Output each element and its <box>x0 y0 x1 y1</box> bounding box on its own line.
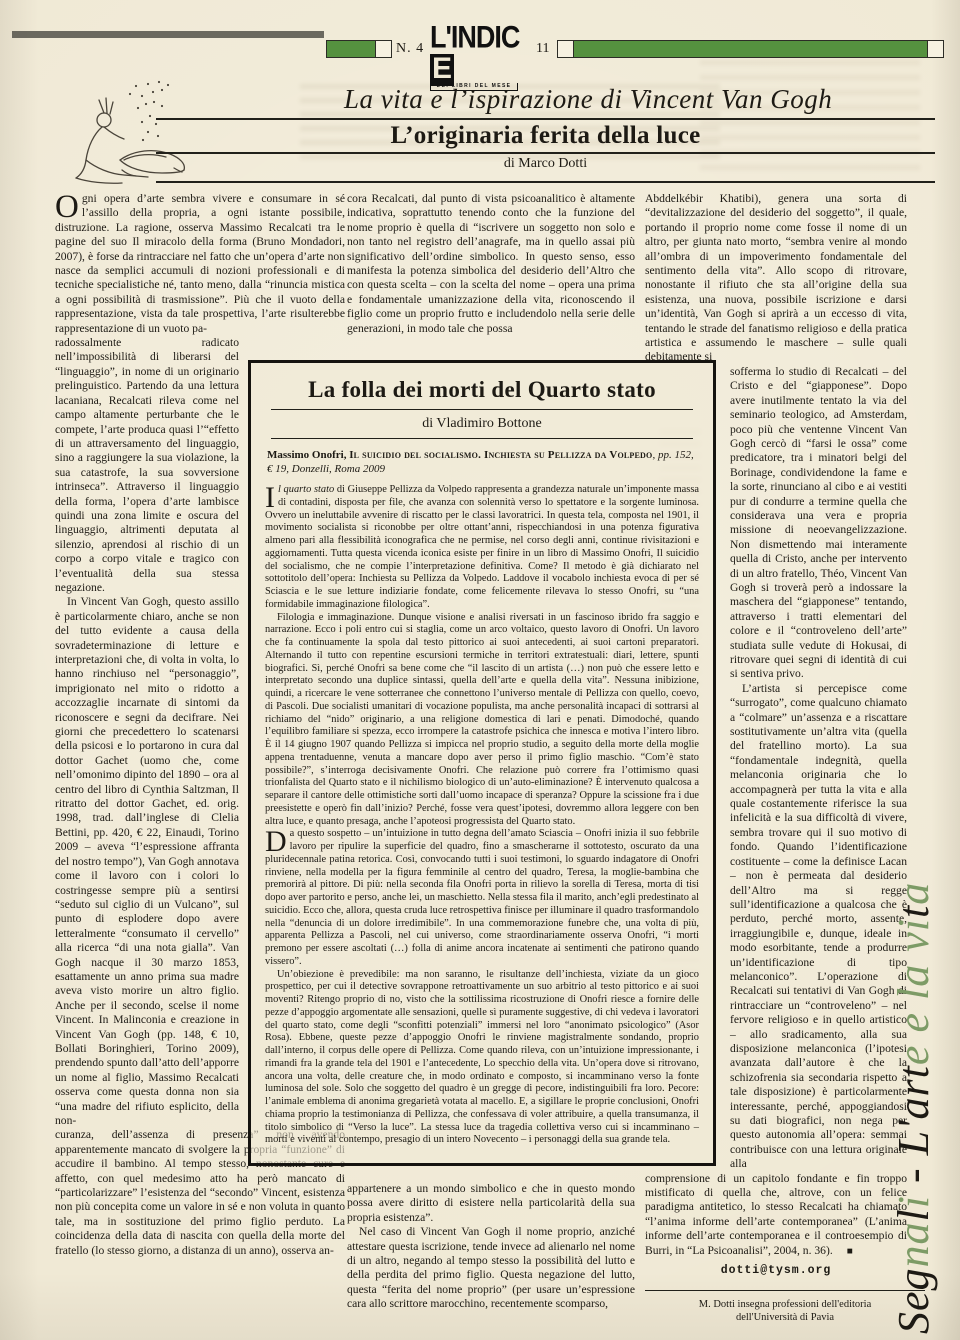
magazine-page: N. 4 L'INDICE DEI LIBRI DEL MESE 11 <box>0 0 960 1340</box>
paragraph: L’artista si percepisce come “surrogato”… <box>730 682 907 1172</box>
masthead-white-square <box>927 40 944 58</box>
rule <box>156 152 935 154</box>
paragraph: Da questo sospetto – un’intuizione in tu… <box>265 828 699 968</box>
paragraph: comprensione di un capitolo fondante e f… <box>645 1172 907 1259</box>
rule <box>271 438 693 439</box>
paragraph: In Vincent Van Gogh, questo assillo è pa… <box>55 595 239 1128</box>
boxed-review-body: Il quarto stato di Giuseppe Pellizza da … <box>265 484 699 1147</box>
logo-text: L'INDIC <box>430 22 519 53</box>
article-title: L’originaria ferita della luce <box>156 122 935 150</box>
paragraph: radossalmente radicato nell’impossibilit… <box>55 336 239 595</box>
masthead-rule <box>12 31 324 38</box>
end-of-article-mark: ■ <box>847 1245 853 1259</box>
article-kicker: La vita e l’ispirazione di Vincent Van G… <box>344 84 944 115</box>
column-right: Abddelkébir Khatibi), genera una sorta d… <box>645 192 907 1259</box>
boxed-review-title: La folla dei morti del Quarto stato <box>265 377 699 403</box>
column-right-narrow: sofferma lo studio di Recalcati – del Cr… <box>730 365 907 1172</box>
paragraph: cora Recalcati, dal punto di vista psico… <box>347 192 635 336</box>
rule <box>271 409 693 410</box>
paragraph: Abddelkébir Khatibi), genera una sorta d… <box>645 192 907 365</box>
paragraph: Nel caso di Vincent Van Gogh il nome pro… <box>347 1225 635 1311</box>
author-bio: M. Dotti insegna professioni dell'editor… <box>645 1298 925 1324</box>
paragraph: Il quarto stato di Giuseppe Pellizza da … <box>265 484 699 612</box>
masthead-green-bar-right <box>573 40 929 58</box>
page-number: 11 <box>536 41 549 57</box>
author-email: dotti@tysm.org <box>645 1264 907 1277</box>
rule <box>645 1290 925 1291</box>
rule <box>156 181 935 183</box>
logo-letter-e: E <box>430 54 454 86</box>
paragraph: Filologia e immaginazione. Dunque vision… <box>265 612 699 829</box>
column-middle-top: cora Recalcati, dal punto di vista psico… <box>347 192 635 336</box>
masthead-white-square <box>375 40 392 58</box>
intro-paragraph: Ogni opera d’arte sembra vivere e consum… <box>55 192 345 336</box>
magazine-logo: L'INDICE DEI LIBRI DEL MESE <box>430 24 534 91</box>
column-middle-bottom: appartenere a un mondo simbolico e che i… <box>347 1182 635 1312</box>
dropcap-letter: O <box>55 192 82 220</box>
column-left-narrow: radossalmente radicato nell’impossibilit… <box>55 336 239 1128</box>
masthead-white-square <box>557 40 574 58</box>
boxed-review-byline: di Vladimiro Bottone <box>265 416 699 432</box>
section-strip-vertical: Segnali - L'arte e la vita <box>888 856 946 1334</box>
paragraph: appartenere a un mondo simbolico e che i… <box>347 1182 635 1225</box>
dropcap-letter: I <box>265 484 278 509</box>
issue-number: N. 4 <box>396 41 424 57</box>
rule <box>156 118 935 120</box>
paragraph: sofferma lo studio di Recalcati – del Cr… <box>730 365 907 682</box>
paragraph: Un’obiezione è prevedibile: ma non saran… <box>265 969 699 1148</box>
masthead-green-bar-left <box>326 40 376 58</box>
book-citation: Massimo Onofri, Il suicidio del socialis… <box>267 449 697 476</box>
dropcap-letter: D <box>265 828 290 853</box>
book-author: Massimo Onofri, <box>267 449 349 461</box>
article-byline: di Marco Dotti <box>156 156 935 172</box>
book-title: Il suicidio del socialismo. Inchiesta su… <box>349 449 652 461</box>
